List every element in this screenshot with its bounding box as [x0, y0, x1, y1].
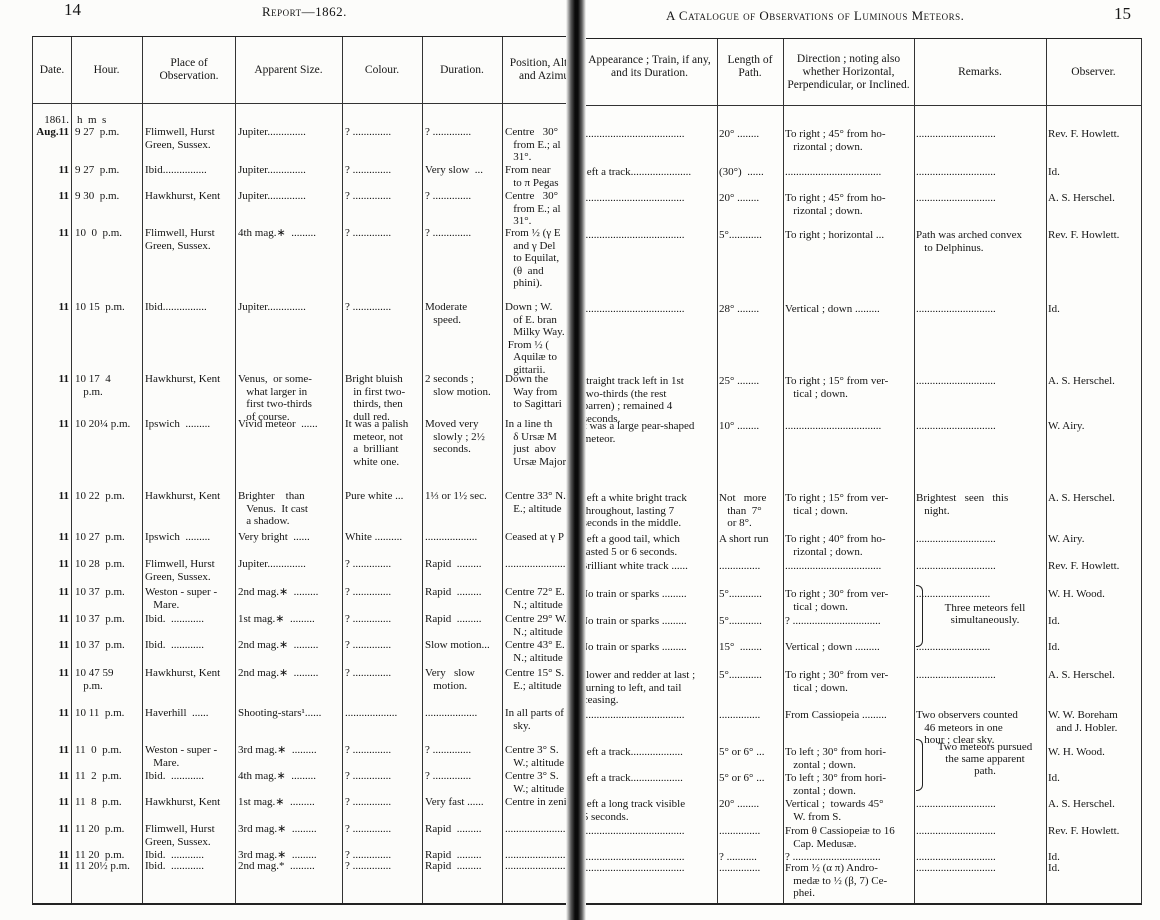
cell-direction: To right ; 40° from ho- rizontal ; down. — [785, 533, 914, 558]
cell-duration: ? .............. — [425, 126, 502, 139]
cell-hour: 11 2 p.m. — [75, 770, 141, 783]
year-label: 1861. — [33, 114, 69, 127]
col-rule — [235, 37, 236, 903]
cell-length: A short run — [719, 533, 783, 546]
cell-remarks: ............................. — [916, 375, 1046, 388]
cell-hour: 11 20½ p.m. — [75, 860, 141, 873]
cell-appearance: Left a track................... — [580, 746, 717, 759]
cell-place: Hawkhurst, Kent — [145, 373, 235, 386]
cell-duration: ................... — [425, 707, 502, 720]
cell-appearance: Brilliant white track ...... — [580, 560, 717, 573]
cell-size: 2nd mag.∗ ......... — [238, 667, 342, 680]
cell-size: 4th mag.∗ ......... — [238, 227, 342, 240]
col-rule — [342, 37, 343, 903]
cell-length: Not more than 7° or 8°. — [719, 492, 783, 530]
cell-appearance: ...................................... — [580, 192, 717, 205]
cell-duration: ................... — [425, 531, 502, 544]
cell-length: 20° ........ — [719, 798, 783, 811]
cell-remarks: ............................. — [916, 420, 1046, 433]
brace-note-1: Three meteors fell simultaneously. — [926, 602, 1044, 626]
brace-icon — [916, 739, 923, 791]
cell-colour: ? .............. — [345, 227, 422, 240]
header-direction: Direction ; noting also whether Horizont… — [783, 39, 914, 105]
cell-hour: 9 30 p.m. — [75, 190, 141, 203]
cell-size: 1st mag.∗ ......... — [238, 796, 342, 809]
cell-duration: Rapid ......... — [425, 613, 502, 626]
cell-date: 11 — [33, 707, 69, 720]
cell-colour: ? .............. — [345, 639, 422, 652]
cell-hour: 9 27 p.m. — [75, 126, 141, 139]
cell-observer: W. W. Boreham and J. Hobler. — [1048, 709, 1141, 734]
cell-observer: A. S. Herschel. — [1048, 669, 1141, 682]
cell-observer: W. H. Wood. — [1048, 746, 1141, 759]
cell-date: Aug.11 — [33, 126, 69, 139]
cell-date: 11 — [33, 613, 69, 626]
cell-size: Venus, or some- what larger in first two… — [238, 373, 342, 423]
col-rule — [422, 37, 423, 903]
cell-direction: Vertical ; towards 45° W. from S. — [785, 798, 914, 823]
cell-length: (30°) ...... — [719, 166, 783, 179]
cell-length: 5°............ — [719, 615, 783, 628]
cell-hour: 10 20¼ p.m. — [75, 418, 141, 431]
cell-place: Ibid. ............ — [145, 860, 235, 873]
header-date: Date. — [33, 37, 71, 103]
cell-place: Weston - super - Mare. — [145, 744, 235, 769]
cell-observer: Id. — [1048, 641, 1141, 654]
cell-place: Ipswich ......... — [145, 531, 235, 544]
header-length: Length of Path. — [717, 39, 783, 95]
cell-place: Hawkhurst, Kent — [145, 667, 235, 680]
cell-direction: To right ; 15° from ver- tical ; down. — [785, 375, 914, 400]
cell-observer: A. S. Herschel. — [1048, 192, 1141, 205]
cell-hour: 11 8 p.m. — [75, 796, 141, 809]
cell-place: Ibid. ............ — [145, 770, 235, 783]
cell-duration: 2 seconds ; slow motion. — [425, 373, 502, 398]
cell-place: Ibid. ............ — [145, 639, 235, 652]
cell-date: 11 — [33, 667, 69, 680]
col-rule — [717, 39, 718, 903]
cell-size: Vivid meteor ...... — [238, 418, 342, 431]
cell-length: ............... — [719, 560, 783, 573]
cell-appearance: ...................................... — [580, 862, 717, 875]
cell-duration: ? .............. — [425, 744, 502, 757]
cell-duration: Moderate speed. — [425, 301, 502, 326]
cell-appearance: ...................................... — [580, 825, 717, 838]
cell-date: 11 — [33, 860, 69, 873]
cell-duration: ? .............. — [425, 227, 502, 240]
cell-length: 5°............ — [719, 669, 783, 682]
col-rule — [142, 37, 143, 903]
cell-observer: Rev. F. Howlett. — [1048, 229, 1141, 242]
cell-observer: Id. — [1048, 862, 1141, 875]
cell-place: Flimwell, Hurst Green, Sussex. — [145, 227, 235, 252]
header-observer: Observer. — [1046, 39, 1141, 105]
cell-size: 3rd mag.∗ ......... — [238, 823, 342, 836]
cell-hour: 10 17 4 p.m. — [75, 373, 141, 398]
cell-observer: A. S. Herschel. — [1048, 492, 1141, 505]
cell-colour: Pure white ... — [345, 490, 422, 503]
cell-remarks: Path was arched convex to Delphinus. — [916, 229, 1046, 254]
cell-direction: ................................... — [785, 166, 914, 179]
cell-size: 1st mag.∗ ......... — [238, 613, 342, 626]
cell-remarks: ............................. — [916, 798, 1046, 811]
cell-colour: ? .............. — [345, 770, 422, 783]
cell-hour: 10 11 p.m. — [75, 707, 141, 720]
cell-date: 11 — [33, 301, 69, 314]
header-hour: Hour. — [71, 37, 142, 103]
cell-length: 5°............ — [719, 229, 783, 242]
cell-size: Jupiter.............. — [238, 190, 342, 203]
cell-place: Hawkhurst, Kent — [145, 490, 235, 503]
cell-colour: ? .............. — [345, 823, 422, 836]
cell-colour: ? .............. — [345, 613, 422, 626]
cell-colour: ................... — [345, 707, 422, 720]
cell-colour: ? .............. — [345, 860, 422, 873]
cell-direction: To right ; 45° from ho- rizontal ; down. — [785, 192, 914, 217]
header-place: Place of Observation. — [145, 37, 233, 103]
cell-observer: Rev. F. Howlett. — [1048, 128, 1141, 141]
cell-direction: To right ; 45° from ho- rizontal ; down. — [785, 128, 914, 153]
cell-length: 20° ........ — [719, 128, 783, 141]
cell-direction: To right ; 15° from ver- tical ; down. — [785, 492, 914, 517]
running-head-right: A Catalogue of Observations of Luminous … — [666, 8, 964, 24]
cell-appearance: Straight track left in 1st two-thirds (t… — [580, 375, 717, 425]
cell-observer: Id. — [1048, 303, 1141, 316]
cell-colour: ? .............. — [345, 558, 422, 571]
cell-place: Flimwell, Hurst Green, Sussex. — [145, 558, 235, 583]
cell-length: 5°............ — [719, 588, 783, 601]
cell-colour: ? .............. — [345, 586, 422, 599]
cell-colour: It was a palish meteor, not a brilliant … — [345, 418, 422, 468]
cell-place: Ibid................ — [145, 301, 235, 314]
cell-date: 11 — [33, 418, 69, 431]
cell-duration: Very slow motion. — [425, 667, 502, 692]
cell-appearance: Left a good tail, which lasted 5 or 6 se… — [580, 533, 717, 558]
cell-duration: Rapid ......... — [425, 586, 502, 599]
cell-colour: ? .............. — [345, 301, 422, 314]
cell-size: Jupiter.............. — [238, 301, 342, 314]
cell-observer: W. Airy. — [1048, 420, 1141, 433]
cell-hour: 11 20 p.m. — [75, 823, 141, 836]
brace-note-2: Two meteors pursued the same apparent pa… — [926, 741, 1044, 777]
cell-size: 2nd mag.* ......... — [238, 860, 342, 873]
cell-duration: Moved very slowly ; 2½ seconds. — [425, 418, 502, 456]
cell-size: 2nd mag.∗ ......... — [238, 639, 342, 652]
cell-hour: 10 47 59 p.m. — [75, 667, 141, 692]
cell-direction: To right ; 30° from ver- tical ; down. — [785, 669, 914, 694]
cell-appearance: Left a white bright track throughout, la… — [580, 492, 717, 530]
cell-colour: ? .............. — [345, 190, 422, 203]
cell-date: 11 — [33, 796, 69, 809]
cell-appearance: No train or sparks ......... — [580, 615, 717, 628]
cell-date: 11 — [33, 770, 69, 783]
cell-remarks: Brightest seen this night. — [916, 492, 1046, 517]
header-colour: Colour. — [342, 37, 422, 103]
cell-place: Haverhill ...... — [145, 707, 235, 720]
cell-hour: 9 27 p.m. — [75, 164, 141, 177]
cell-appearance: ...................................... — [580, 128, 717, 141]
cell-length: 10° ........ — [719, 420, 783, 433]
header-remarks: Remarks. — [914, 39, 1046, 105]
book-gutter — [566, 0, 586, 920]
header-rule — [578, 105, 1141, 106]
cell-direction: ? ................................ — [785, 615, 914, 628]
cell-place: Ibid. ............ — [145, 613, 235, 626]
cell-size: Jupiter.............. — [238, 558, 342, 571]
cell-date: 11 — [33, 164, 69, 177]
cell-duration: Rapid ......... — [425, 860, 502, 873]
cell-appearance: Left a track................... — [580, 772, 717, 785]
cell-hour: 10 0 p.m. — [75, 227, 141, 240]
cell-place: Flimwell, Hurst Green, Sussex. — [145, 126, 235, 151]
cell-date: 11 — [33, 373, 69, 386]
cell-appearance: ...................................... — [580, 709, 717, 722]
cell-direction: ................................... — [785, 560, 914, 573]
cell-appearance: ...................................... — [580, 229, 717, 242]
cell-hour: 10 27 p.m. — [75, 531, 141, 544]
cell-observer: Rev. F. Howlett. — [1048, 825, 1141, 838]
cell-duration: 1⅓ or 1½ sec. — [425, 490, 502, 503]
cell-place: Weston - super - Mare. — [145, 586, 235, 611]
cell-remarks: ............................. — [916, 303, 1046, 316]
cell-date: 11 — [33, 558, 69, 571]
cell-remarks: ............................. — [916, 533, 1046, 546]
cell-colour: ? .............. — [345, 744, 422, 757]
cell-hour: 10 15 p.m. — [75, 301, 141, 314]
cell-direction: To left ; 30° from hori- zontal ; down. — [785, 772, 914, 797]
cell-place: Hawkhurst, Kent — [145, 190, 235, 203]
cell-remarks: ............................. — [916, 862, 1046, 875]
cell-hour: 10 28 p.m. — [75, 558, 141, 571]
cell-duration: Slow motion... — [425, 639, 502, 652]
cell-direction: To right ; 30° from ver- tical ; down. — [785, 588, 914, 613]
cell-length: 20° ........ — [719, 192, 783, 205]
right-table: Appearance ; Train, if any, and its Dura… — [578, 38, 1142, 905]
cell-colour: White .......... — [345, 531, 422, 544]
cell-direction: From ½ (α π) Andro- medæ to ½ (β, 7) Ce-… — [785, 862, 914, 900]
cell-remarks: ............................. — [916, 560, 1046, 573]
cell-appearance: Left a long track visible 5 seconds. — [580, 798, 717, 823]
cell-direction: From Cassiopeia ......... — [785, 709, 914, 722]
col-rule — [1046, 39, 1047, 903]
cell-appearance: No train or sparks ......... — [580, 588, 717, 601]
cell-size: Brighter than Venus. It cast a shadow. — [238, 490, 342, 528]
col-rule — [914, 39, 915, 903]
cell-appearance: ...................................... — [580, 303, 717, 316]
cell-observer: A. S. Herschel. — [1048, 375, 1141, 388]
cell-size: Shooting-stars¹...... — [238, 707, 342, 720]
cell-date: 11 — [33, 190, 69, 203]
cell-duration: Very slow ... — [425, 164, 502, 177]
header-size: Apparent Size. — [235, 37, 342, 103]
cell-length: 28° ........ — [719, 303, 783, 316]
brace-icon — [916, 585, 923, 647]
cell-remarks: ............................. — [916, 192, 1046, 205]
cell-length: 25° ........ — [719, 375, 783, 388]
col-rule — [71, 37, 72, 903]
cell-duration: ? .............. — [425, 190, 502, 203]
cell-size: 4th mag.∗ ......... — [238, 770, 342, 783]
cell-date: 11 — [33, 744, 69, 757]
page-number-left: 14 — [64, 0, 81, 20]
cell-place: Ipswich ......... — [145, 418, 235, 431]
cell-appearance: Left a track...................... — [580, 166, 717, 179]
left-page: 14 Report—1862. Date. Hour. Place of Obs… — [0, 0, 578, 920]
cell-duration: Rapid ......... — [425, 558, 502, 571]
cell-date: 11 — [33, 823, 69, 836]
cell-date: 11 — [33, 639, 69, 652]
cell-remarks: ........................... — [916, 588, 1046, 601]
cell-length: ............... — [719, 862, 783, 875]
cell-appearance: Slower and redder at last ; turning to l… — [580, 669, 717, 707]
cell-duration: Rapid ......... — [425, 823, 502, 836]
cell-appearance: No train or sparks ......... — [580, 641, 717, 654]
header-duration: Duration. — [422, 37, 502, 103]
running-head-left: Report—1862. — [262, 4, 347, 20]
cell-hour: 10 37 p.m. — [75, 586, 141, 599]
cell-observer: Id. — [1048, 166, 1141, 179]
time-units: h m s — [77, 114, 137, 127]
cell-length: 15° ........ — [719, 641, 783, 654]
cell-size: 2nd mag.∗ ......... — [238, 586, 342, 599]
cell-direction: To left ; 30° from hori- zontal ; down. — [785, 746, 914, 771]
cell-hour: 10 22 p.m. — [75, 490, 141, 503]
cell-direction: ................................... — [785, 420, 914, 433]
cell-remarks: ........................... — [916, 641, 1046, 654]
cell-length: 5° or 6° ... — [719, 772, 783, 785]
cell-observer: Rev. F. Howlett. — [1048, 560, 1141, 573]
right-page: A Catalogue of Observations of Luminous … — [578, 0, 1160, 920]
cell-date: 11 — [33, 490, 69, 503]
cell-hour: 10 37 p.m. — [75, 639, 141, 652]
cell-remarks: ............................. — [916, 825, 1046, 838]
cell-length: ............... — [719, 825, 783, 838]
cell-observer: Id. — [1048, 615, 1141, 628]
cell-remarks: ............................. — [916, 669, 1046, 682]
cell-date: 11 — [33, 531, 69, 544]
cell-appearance: It was a large pear-shaped meteor. — [580, 420, 717, 445]
cell-hour: 11 0 p.m. — [75, 744, 141, 757]
cell-size: Jupiter.............. — [238, 126, 342, 139]
cell-size: Very bright ...... — [238, 531, 342, 544]
cell-place: Flimwell, Hurst Green, Sussex. — [145, 823, 235, 848]
cell-hour: 10 37 p.m. — [75, 613, 141, 626]
cell-colour: ? .............. — [345, 796, 422, 809]
cell-colour: Bright bluish in first two- thirds, then… — [345, 373, 422, 423]
cell-size: Jupiter.............. — [238, 164, 342, 177]
cell-remarks: ............................. — [916, 166, 1046, 179]
cell-date: 11 — [33, 227, 69, 240]
cell-length: 5° or 6° ... — [719, 746, 783, 759]
cell-direction: To right ; horizontal ... — [785, 229, 914, 242]
col-rule — [783, 39, 784, 903]
cell-size: 3rd mag.∗ ......... — [238, 744, 342, 757]
header-rule — [33, 103, 578, 104]
cell-duration: ? .............. — [425, 770, 502, 783]
cell-remarks: ............................. — [916, 128, 1046, 141]
cell-duration: Very fast ...... — [425, 796, 502, 809]
cell-length: ............... — [719, 709, 783, 722]
cell-observer: W. Airy. — [1048, 533, 1141, 546]
left-table: Date. Hour. Place of Observation. Appare… — [32, 36, 578, 905]
cell-date: 11 — [33, 586, 69, 599]
cell-direction: From θ Cassiopeiæ to 16 Cap. Medusæ. — [785, 825, 914, 850]
cell-observer: W. H. Wood. — [1048, 588, 1141, 601]
cell-colour: ? .............. — [345, 164, 422, 177]
cell-observer: Id. — [1048, 772, 1141, 785]
page-number-right: 15 — [1114, 4, 1131, 24]
cell-place: Hawkhurst, Kent — [145, 796, 235, 809]
cell-direction: Vertical ; down ......... — [785, 641, 914, 654]
cell-direction: Vertical ; down ......... — [785, 303, 914, 316]
cell-colour: ? .............. — [345, 126, 422, 139]
header-appearance: Appearance ; Train, if any, and its Dura… — [582, 39, 717, 95]
cell-place: Ibid................ — [145, 164, 235, 177]
col-rule — [502, 37, 503, 903]
cell-observer: A. S. Herschel. — [1048, 798, 1141, 811]
cell-colour: ? .............. — [345, 667, 422, 680]
